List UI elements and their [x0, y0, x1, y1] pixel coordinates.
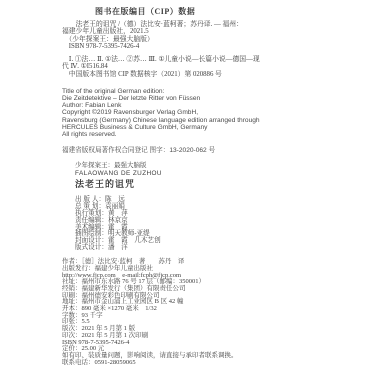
original-edition-line: Die Zeitdetektive – Der letzte Ritter vo…: [62, 95, 337, 102]
book-title: 法老王的诅咒: [75, 179, 337, 189]
series-title: 少年探案王：最强大脑版: [75, 162, 337, 169]
cip-classification-line: 代 Ⅳ. ①I516.84: [62, 63, 337, 70]
cip-classification-line: Ⅰ. ①法… Ⅱ. ①法… ②苏… Ⅲ. ①儿童小说—长篇小说—德国—现: [62, 56, 337, 63]
original-edition-line: Copyright ©2019 Ravensburger Verlag GmbH…: [62, 109, 337, 116]
credit-line: 版式设计：潘 洋: [75, 245, 337, 252]
cip-heading: 图书在版编目（CIP）数据: [95, 7, 337, 16]
original-edition-line: Ravensburg (Germany) Chinese language ed…: [62, 117, 337, 124]
book-title-block: 少年探案王：最强大脑版 FALAOWANG DE ZUZHOU 法老王的诅咒: [75, 162, 337, 188]
publication-line: 开本：890 毫米 ×1270 毫米 1/32: [62, 306, 337, 313]
cip-record-line: ISBN 978-7-5395-7426-4: [62, 43, 337, 50]
original-edition-block: Title of the original German edition:Die…: [62, 88, 337, 138]
cip-record-line: （少年探案王：最强大脑版）: [62, 36, 337, 43]
credits-block: 出 版 人：陈 远总 策 划：袁丽娟执行策划：黄 萍责任编辑：林京京美术编辑：霍…: [75, 197, 337, 252]
publication-line: 联系电话：0591-28059065: [62, 360, 337, 367]
book-title-pinyin: FALAOWANG DE ZUZHOU: [75, 170, 337, 177]
cip-record-number: 中国版本图书馆 CIP 数据核字（2021）第 020886 号: [62, 71, 337, 78]
cip-record-block: 法老王的诅咒 /（德）法比安·蓝柯著；苏丹译. — 福州：福建少年儿童出版社，2…: [62, 21, 337, 51]
original-edition-line: All rights reserved.: [62, 131, 337, 138]
original-edition-line: Title of the original German edition:: [62, 88, 337, 95]
original-edition-line: HERCULES Business & Culture GmbH, German…: [62, 124, 337, 131]
copyright-page: 图书在版编目（CIP）数据 法老王的诅咒 /（德）法比安·蓝柯著；苏丹译. — …: [0, 0, 375, 375]
cip-record-line: 福建少年儿童出版社，2021.5: [62, 28, 337, 35]
publication-details-block: 作者：［德］法比安·蓝柯 著 苏丹 译出版发行：福建少年儿童出版社http://…: [62, 259, 337, 366]
cip-classification-block: Ⅰ. ①法… Ⅱ. ①法… ②苏… Ⅲ. ①儿童小说—长篇小说—德国—现代 Ⅳ.…: [62, 56, 337, 71]
publication-line: 字数：93 千字: [62, 313, 337, 320]
copyright-registration-line: 福建省版权局著作权合同登记 图字：13-2020-062 号: [62, 147, 337, 154]
